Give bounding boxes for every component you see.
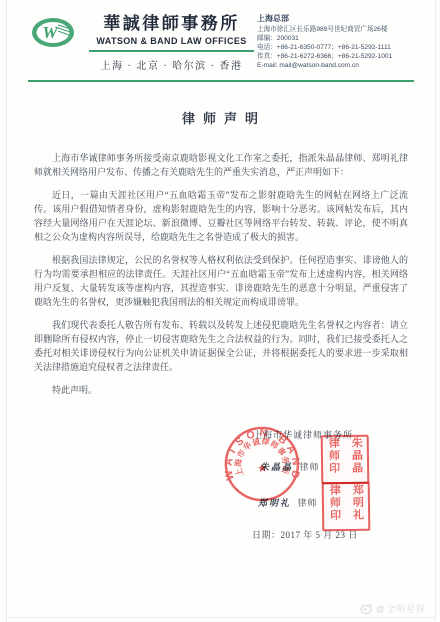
fax-line: 传真：+86-21-6272-6366；+86-21-5292-1001	[257, 52, 422, 61]
statement-closing: 特此声明。	[34, 383, 408, 397]
signature-block: 上海市华诚律师事务所 朱晶晶 律师 郑明礼 律师 WATSON BAND 上	[0, 418, 440, 568]
seal1-name-column: 朱晶晶	[346, 437, 367, 482]
logo-oval-icon: W	[31, 17, 75, 48]
lawyer1-square-seal: 朱晶晶 律师印	[321, 435, 370, 485]
statement-paragraph-3: 根据我国法律规定，公民的名誉权等人格权利依法受到保护。任何捏造事实、诽谤他人的行…	[34, 253, 408, 309]
postcode-line: 邮编：200031	[257, 34, 422, 43]
firm-name-english: WATSON & BAND LAW OFFICES	[89, 36, 254, 47]
weibo-watermark: @全明星探	[360, 602, 426, 615]
statement-paragraph-4: 我们现代表委托人敬告所有发布、转载以及转发上述侵犯鹿晗先生名誉权之内容者：请立即…	[34, 318, 408, 374]
seal2-name-column: 郑明礼	[347, 484, 368, 529]
weibo-logo-icon	[360, 602, 373, 615]
office-cities: 上海 · 北京 · 哈尔滨 · 香港	[89, 57, 254, 72]
round-seal-star-icon: ★	[256, 460, 268, 475]
seal2-title-column: 律师印	[324, 484, 345, 529]
email-line: E-mail: mail@watson-band.com.cn	[257, 61, 422, 70]
statement-paragraph-2: 近日，一篇由天涯社区用户“五血晗霜玉帝”发布之影射鹿晗先生的网帖在网络上广泛流传…	[34, 188, 408, 244]
office-title: 上海总部	[257, 14, 422, 23]
address-line: 上海市徐汇区长乐路989号世纪商贸广场26楼	[257, 25, 422, 34]
statement-date: 日期：2017 年 5 月 23 日	[252, 528, 358, 541]
letterhead: W 華誠律師事務所 WATSON & BAND LAW OFFICES 上海 ·…	[0, 0, 440, 82]
seal1-title-column: 律师印	[323, 437, 344, 482]
firm-round-seal: WATSON BAND 上海市华诚律师事务所 ★	[214, 416, 311, 515]
lawyer-statement-document: W 華誠律師事務所 WATSON & BAND LAW OFFICES 上海 ·…	[0, 0, 440, 622]
header-divider-full	[28, 80, 414, 82]
watermark-text: @全明星探	[376, 602, 426, 615]
statement-body: 上海市华诚律师事务所接受南京鹿晗影视文化工作室之委托，指派朱晶晶律师、郑明礼律师…	[34, 151, 408, 397]
watson-band-logo: W	[31, 17, 75, 53]
scan-edge-bottom	[6, 617, 436, 618]
firm-name-block: 華誠律師事務所 WATSON & BAND LAW OFFICES 上海 · 北…	[89, 14, 254, 72]
lawyer2-square-seal: 郑明礼 律师印	[322, 482, 371, 532]
statement-title: 律师声明	[0, 108, 440, 127]
contact-block: 上海总部 上海市徐汇区长乐路989号世纪商贸广场26楼 邮编：200031 电话…	[257, 14, 422, 70]
svg-text:W: W	[42, 23, 59, 42]
statement-paragraph-1: 上海市华诚律师事务所接受南京鹿晗影视文化工作室之委托，指派朱晶晶律师、郑明礼律师…	[34, 151, 408, 179]
firm-name-chinese: 華誠律師事務所	[89, 14, 254, 34]
header-divider-short	[89, 50, 254, 52]
phone-line: 电话：+86-21-6350-0777；+86-21-5292-1111	[257, 43, 422, 52]
